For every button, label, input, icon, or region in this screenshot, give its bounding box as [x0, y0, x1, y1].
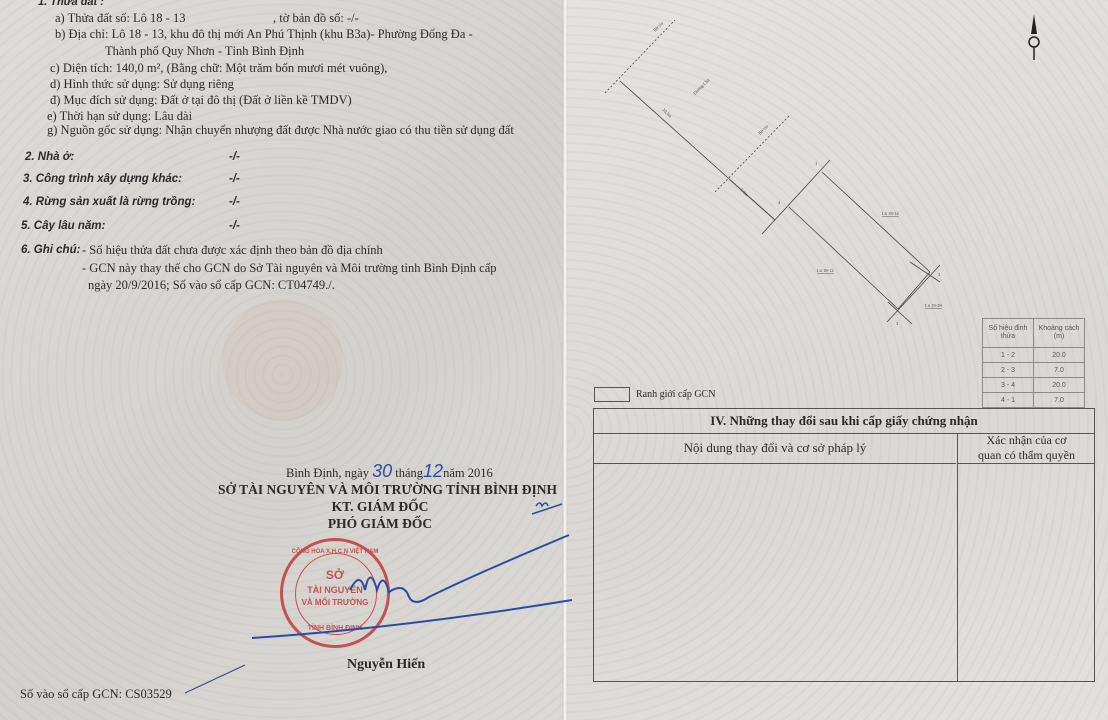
map-sheet: , tờ bản đồ số: -/- — [273, 11, 359, 26]
notes-line3: ngày 20/9/2016; Số vào sổ cấp GCN: CT047… — [88, 278, 335, 293]
svg-text:1: 1 — [815, 161, 817, 166]
usage-term: e) Thời hạn sử dụng: Lâu dài — [47, 109, 192, 124]
changes-col-confirmation: Xác nhận của cơ quan có thẩm quyền — [957, 433, 1095, 464]
on-behalf: KT. GIÁM ĐỐC — [290, 499, 470, 515]
svg-text:Lô 18-14: Lô 18-14 — [882, 211, 899, 216]
date-year: năm 2016 — [443, 466, 493, 480]
changes-table: IV. Những thay đổi sau khi cấp giấy chứn… — [593, 408, 1095, 682]
svg-text:Lô 18-12: Lô 18-12 — [817, 268, 834, 273]
stamp-center-1: SỞ — [283, 568, 387, 582]
dist-header-vertex: Số hiệu đỉnh thửa — [983, 319, 1034, 348]
svg-text:2: 2 — [938, 272, 940, 277]
table-row: 4 - 17.0 — [983, 393, 1085, 408]
signer-title: PHÓ GIÁM ĐỐC — [290, 516, 470, 532]
changes-col-content: Nội dung thay đổi và cơ sở pháp lý — [594, 433, 956, 464]
legend-label: Ranh giới cấp GCN — [636, 389, 715, 400]
dist-header-distance: Khoảng cách (m) — [1034, 319, 1085, 348]
address-line2: Thành phố Quy Nhơn - Tỉnh Bình Định — [105, 44, 304, 59]
changes-title: IV. Những thay đổi sau khi cấp giấy chứn… — [594, 409, 1094, 434]
section-forest-value: -/- — [229, 196, 240, 208]
official-stamp: CỘNG HÒA X.H.C.N VIỆT NAM SỞ TÀI NGUYÊN … — [280, 538, 390, 648]
date-day: 30 — [372, 461, 392, 481]
column-divider — [957, 463, 958, 681]
parcel-map: Đường Chà Bờ vỉa Bờ vỉa 20.5m 5.0m 1 2 3… — [600, 20, 960, 340]
area: c) Diện tích: 140,0 m², (Bằng chữ: Một t… — [50, 61, 387, 76]
col2-line2: quan có thẩm quyền — [958, 448, 1095, 463]
notes-line2: - GCN này thay thế cho GCN do Sở Tài ngu… — [82, 261, 497, 276]
stamp-center-3: VÀ MÔI TRƯỜNG — [283, 598, 387, 607]
section-title: 1. Thửa đất : — [38, 0, 104, 8]
svg-text:Lô 19-28: Lô 19-28 — [925, 303, 942, 308]
usage-purpose: đ) Mục đích sử dụng: Đất ở tại đô thị (Đ… — [50, 93, 352, 108]
table-row: 1 - 220.0 — [983, 348, 1085, 363]
notes-line1: - Số hiệu thửa đất chưa được xác định th… — [82, 243, 383, 258]
registry-number: Số vào sổ cấp GCN: CS03529 — [20, 687, 172, 702]
parcel-number: a) Thửa đất số: Lô 18 - 13 — [55, 11, 185, 26]
month-prefix: tháng — [395, 466, 423, 480]
col2-line1: Xác nhận của cơ — [958, 433, 1095, 448]
legend-swatch — [594, 387, 630, 402]
section-perennial-value: -/- — [229, 220, 240, 232]
origin: g) Nguồn gốc sử dụng: Nhận chuyển nhượng… — [47, 123, 514, 138]
stamp-ring-text: CỘNG HÒA X.H.C.N VIỆT NAM — [283, 549, 387, 555]
table-row: 3 - 420.0 — [983, 378, 1085, 393]
page-fold — [562, 0, 568, 720]
address-line1: b) Địa chỉ: Lô 18 - 13, khu đô thị mới A… — [55, 27, 473, 42]
notes-label: 6. Ghi chú: — [21, 244, 80, 256]
section-perennial: 5. Cây lâu năm: — [21, 220, 105, 232]
stamp-center-2: TÀI NGUYÊN — [283, 585, 387, 595]
table-row: 2 - 37.0 — [983, 363, 1085, 378]
svg-text:Bờ vỉa: Bờ vỉa — [757, 124, 769, 136]
svg-text:Bờ vỉa: Bờ vỉa — [652, 21, 664, 33]
svg-text:20.5m: 20.5m — [661, 107, 673, 119]
usage-form: d) Hình thức sử dụng: Sử dụng riêng — [50, 77, 234, 92]
svg-text:3: 3 — [896, 321, 899, 326]
signer-name: Nguyễn Hiến — [347, 657, 425, 673]
distance-table: Số hiệu đỉnh thửa Khoảng cách (m) 1 - 22… — [982, 318, 1085, 408]
date-prefix: Bình Định, ngày — [286, 466, 369, 480]
date-month: 12 — [423, 461, 443, 481]
section-house-value: -/- — [229, 151, 240, 163]
section-forest: 4. Rừng sản xuất là rừng trồng: — [23, 196, 195, 208]
agency-name: SỞ TÀI NGUYÊN VÀ MÔI TRƯỜNG TỈNH BÌNH ĐỊ… — [218, 482, 566, 498]
svg-text:Đường Chà: Đường Chà — [692, 77, 710, 95]
north-arrow-icon — [1026, 12, 1042, 62]
section-house: 2. Nhà ở: — [25, 151, 74, 163]
svg-text:4: 4 — [778, 200, 781, 205]
section-other-construction-value: -/- — [229, 173, 240, 185]
issue-date: Bình Định, ngày 30 tháng12năm 2016 — [286, 461, 493, 482]
stamp-bottom-text: TỈNH BÌNH ĐỊNH — [283, 625, 387, 632]
section-other-construction: 3. Công trình xây dựng khác: — [23, 173, 182, 185]
